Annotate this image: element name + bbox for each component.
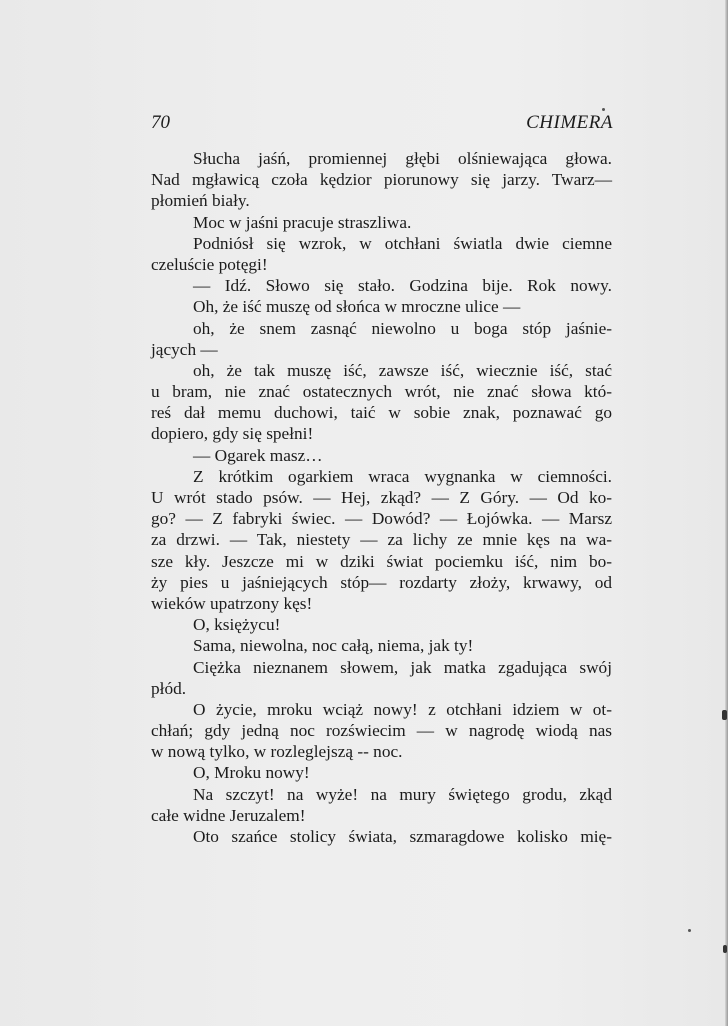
text-line: U wrót stado psów. — Hej, zkąd? — Z Góry… (151, 487, 612, 508)
text-line: wieków upatrzony kęs! (151, 593, 612, 614)
text-line: Podniósł się wzrok, w otchłani światla d… (151, 233, 612, 254)
paper-speck (722, 710, 727, 720)
text-line: całe widne Jeruzalem! (151, 805, 612, 826)
text-line: u bram, nie znać ostatecznych wrót, nie … (151, 381, 612, 402)
page-header: 70 CHIMERA (151, 112, 613, 136)
text-line: Na szczyt! na wyże! na mury świętego gro… (151, 784, 612, 805)
text-line: sze kły. Jeszcze mi w dziki świat pociem… (151, 551, 612, 572)
text-line: go? — Z fabryki świec. — Dowód? — Łojówk… (151, 508, 612, 529)
paper-speck (723, 945, 727, 953)
text-line: w nową tylko, w rozleglejszą -- noc. (151, 741, 612, 762)
text-line: Z krótkim ogarkiem wraca wygnanka w ciem… (151, 466, 612, 487)
text-line: za drzwi. — Tak, niestety — za lichy ze … (151, 529, 612, 550)
text-line: płomień biały. (151, 190, 612, 211)
text-line: Sama, niewolna, noc całą, niema, jak ty! (151, 635, 612, 656)
text-line: O życie, mroku wciąż nowy! z otchłani id… (151, 699, 612, 720)
text-line: jących — (151, 339, 612, 360)
paper-speck (688, 929, 691, 932)
text-line: oh, że tak muszę iść, zawsze iść, wieczn… (151, 360, 612, 381)
text-line: Ciężka nieznanem słowem, jak matka zgadu… (151, 657, 612, 678)
text-line: Oh, że iść muszę od słońca w mroczne uli… (151, 296, 612, 317)
text-line: reś dał memu duchowi, taić w sobie znak,… (151, 402, 612, 423)
text-line: O, Mroku nowy! (151, 762, 612, 783)
text-line: Moc w jaśni pracuje straszliwa. (151, 212, 612, 233)
text-line: płód. (151, 678, 612, 699)
text-line: czeluście potęgi! (151, 254, 612, 275)
text-line: Nad mgławicą czoła kędzior piorunowy się… (151, 169, 612, 190)
text-line: dopiero, gdy się spełni! (151, 423, 612, 444)
text-line: — Idź. Słowo się stało. Godzina bije. Ro… (151, 275, 612, 296)
text-line: Oto szańce stolicy świata, szmaragdowe k… (151, 826, 612, 847)
running-title: CHIMERA (526, 112, 613, 134)
body-text: Słucha jaśń, promiennej głębi olśniewają… (151, 148, 612, 847)
text-line: oh, że snem zasnąć niewolno u boga stóp … (151, 318, 612, 339)
text-line: O, księżycu! (151, 614, 612, 635)
paper-speck (602, 108, 605, 111)
text-line: chłań; gdy jedną noc rozświecim — w nagr… (151, 720, 612, 741)
text-line: Słucha jaśń, promiennej głębi olśniewają… (151, 148, 612, 169)
text-line: — Ogarek masz… (151, 445, 612, 466)
book-page: 70 CHIMERA Słucha jaśń, promiennej głębi… (0, 0, 728, 1026)
text-line: ży pies u jaśniejących stóp— rozdarty zł… (151, 572, 612, 593)
page-number: 70 (151, 112, 170, 134)
